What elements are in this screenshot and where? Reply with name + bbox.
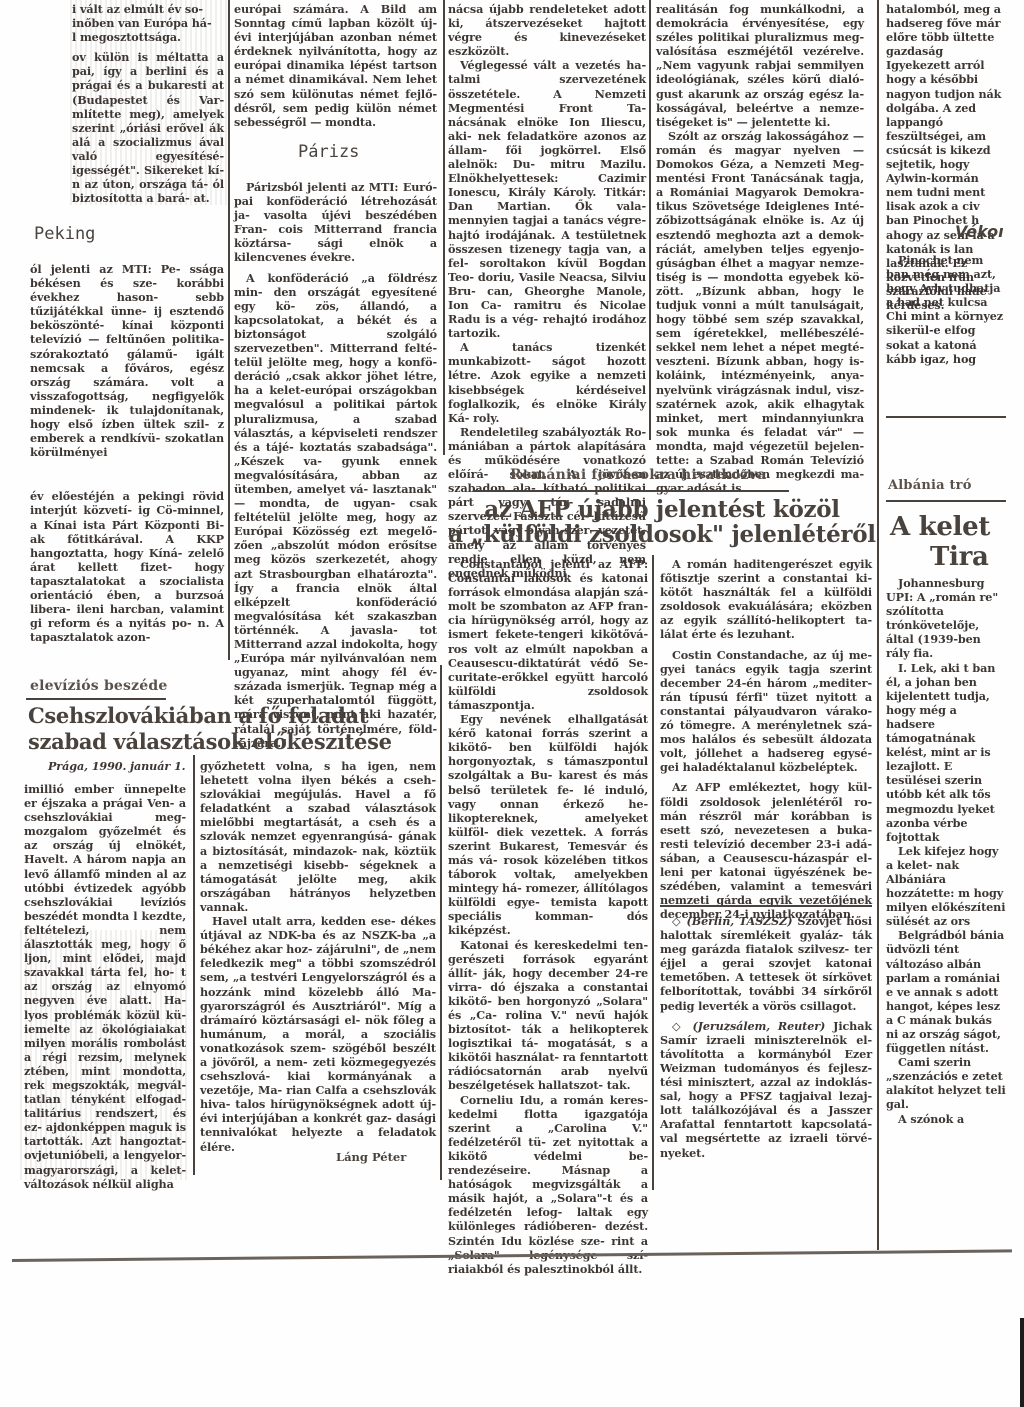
col1-line: l megosztottsága. [72,30,224,44]
col5-paragraph-2: Pinochet nem ban még nem azt, hogy Aylv … [886,253,1006,366]
brief-text: Jichak Samír izraeli miniszterelnök el- … [660,1019,872,1160]
romania-paragraph: A román haditengerészet egyik főtisztje … [660,557,872,642]
column-rule [652,555,654,1190]
col1-line: inőben van Európa há- [72,16,224,30]
romania-right-column: A román haditengerészet egyik főtisztje … [660,557,872,921]
col5-albania: Johannesburg UPI: A „román re" szólított… [886,576,1006,1126]
prague-headline-line-1: Csehszlovákiában a fő feladat [28,703,438,729]
section-heading-paris: Párizs [298,142,359,162]
column-rule [440,665,442,1180]
col1-paragraph: ov külön is méltatta a pai, így a berlin… [72,50,224,205]
albania-headline-line-1: A kelet [890,512,990,542]
col4: realitásán fog munkálkodni, a demokrácia… [656,2,864,495]
col2-paragraph: európai számára. A Bild am Sonntag című … [234,2,437,129]
paris-paragraph-2: A konföderáció „a földrész min- den orsz… [234,271,437,750]
section-heading-peking: Peking [34,224,95,244]
col3: nácsa újabb rendeleteket adott ki, átsze… [448,2,646,580]
romania-headline-line-2: a „külföldi zsoldosok" jelenlétéről [448,522,876,547]
albania-headline: A kelet Tira [890,512,990,572]
col4-paragraph-1: realitásán fog munkálkodni, a demokrácia… [656,2,864,129]
prague-paragraph: imillió ember ünnepelte er éjszaka a prá… [24,782,186,1191]
prague-headline: Csehszlovákiában a fő feladat szabad vál… [28,703,438,755]
diamond-icon: ◇ [672,1019,685,1033]
romania-paragraph: Corneliu Idu, a román keres- kedelmi flo… [448,1093,648,1276]
section-rule [886,416,1006,418]
paris-paragraph-1: Párizsból jelenti az MTI: Euró- pai konf… [234,180,437,265]
kicker-underline [26,698,166,700]
romania-paragraph: Egy nevének elhallgatását kérő katonai f… [448,712,648,938]
column-rule [877,0,879,1250]
romania-paragraph: Az AFP emlékeztet, hogy kül- földi zsold… [660,780,872,921]
col3-paragraph-3: A tanács tizenkét munkabizott- ságot hoz… [448,340,646,425]
section-heading-vekony: Vékoı [955,222,1004,241]
albania-kicker: Albánia tró [888,478,972,493]
prague-left-column: imillió ember ünnepelte er éjszaka a prá… [24,782,186,1191]
col5-vekony: Pinochet nem ban még nem azt, hogy Aylv … [886,253,1006,366]
albania-paragraph-1: Johannesburg UPI: A „román re" szólított… [886,576,1006,661]
prague-kicker: elevíziós beszéde [30,678,167,694]
kicker-underline [886,500,1006,502]
col1-top: i vált az elmúlt év so- inőben van Európ… [72,2,224,205]
romania-paragraph: Constantából jelenti az AFP: Constantai … [448,557,648,712]
albania-paragraph-5: Cami szerin „szenzációs e zetet alakítot… [886,1055,1006,1111]
byline: Láng Péter [336,1150,406,1164]
peking-paragraph-2: év előestéjén a pekingi rövid interjút k… [30,489,224,644]
peking-paragraph-1: ól jelenti az MTI: Pe- ssága békésen és … [30,262,224,459]
romania-headline: az AFP újabb jelentést közöl a „külföldi… [448,497,876,547]
section-rule [660,905,872,907]
prague-right-column: győzhetett volna, s ha igen, nem lehetet… [200,759,436,1154]
scan-edge [1020,1318,1024,1407]
col2-top: európai számára. A Bild am Sonntag című … [234,2,437,129]
brief-source: (Jeruzsálem, Reuter) [692,1019,825,1033]
col2-paris: Párizsból jelenti az MTI: Euró- pai konf… [234,180,437,750]
kicker-underline [473,490,789,492]
col4-paragraph-2: Szólt az ország lakosságához — román és … [656,129,864,495]
col3-paragraph-2: Véglegessé vált a vezetés ha- talmi szer… [448,58,646,340]
brief-item: ◇ (Jeruzsálem, Reuter) Jichak Samír izra… [660,1019,872,1160]
briefs: ◇ (Berlin, TASZSZ) Szovjet hősi halottak… [660,914,872,1160]
albania-paragraph-3: Lek kifejez hogy a kelet- nak Albániára … [886,844,1006,929]
column-rule [443,0,445,455]
column-rule [193,755,195,1175]
romania-headline-line-1: az AFP újabb jelentést közöl [448,497,876,522]
prague-paragraph: Havel utalt arra, kedden ese- dékes útjá… [200,914,436,1154]
column-rule [228,0,230,660]
romania-paragraph: Katonai és kereskedelmi ten- gerészeti f… [448,938,648,1093]
romania-left-column: Constantából jelenti az AFP: Constantai … [448,557,648,1276]
col3-paragraph-1: nácsa újabb rendeleteket adott ki, átsze… [448,2,646,58]
brief-item: ◇ (Berlin, TASZSZ) Szovjet hősi halottak… [660,914,872,1013]
albania-paragraph-6: A szónok a [886,1112,1006,1126]
brief-source: (Berlin, TASZSZ) [687,914,793,928]
col1-line: i vált az elmúlt év so- [72,2,224,16]
albania-paragraph-2: I. Lek, aki t ban él, a johan ben kijele… [886,661,1006,844]
albania-paragraph-4: Belgrádból bánia üdvözli tént változáso … [886,928,1006,1055]
romania-paragraph: Costin Constandache, az új me- gyei taná… [660,648,872,775]
col1-peking: ól jelenti az MTI: Pe- ssága békésen és … [30,262,224,644]
column-rule [649,0,651,440]
brief-text: Szovjet hősi halottak síremlékeit gyaláz… [660,914,872,1013]
prague-paragraph: győzhetett volna, s ha igen, nem lehetet… [200,759,436,914]
albania-headline-line-2: Tira [890,542,990,572]
newspaper-page: i vált az elmúlt év so- inőben van Európ… [0,0,1024,1407]
diamond-icon: ◇ [672,914,682,928]
prague-headline-line-2: szabad választások előkészítése [28,729,438,755]
romania-kicker: Romániai forrásokra hivatkozva [510,467,766,483]
